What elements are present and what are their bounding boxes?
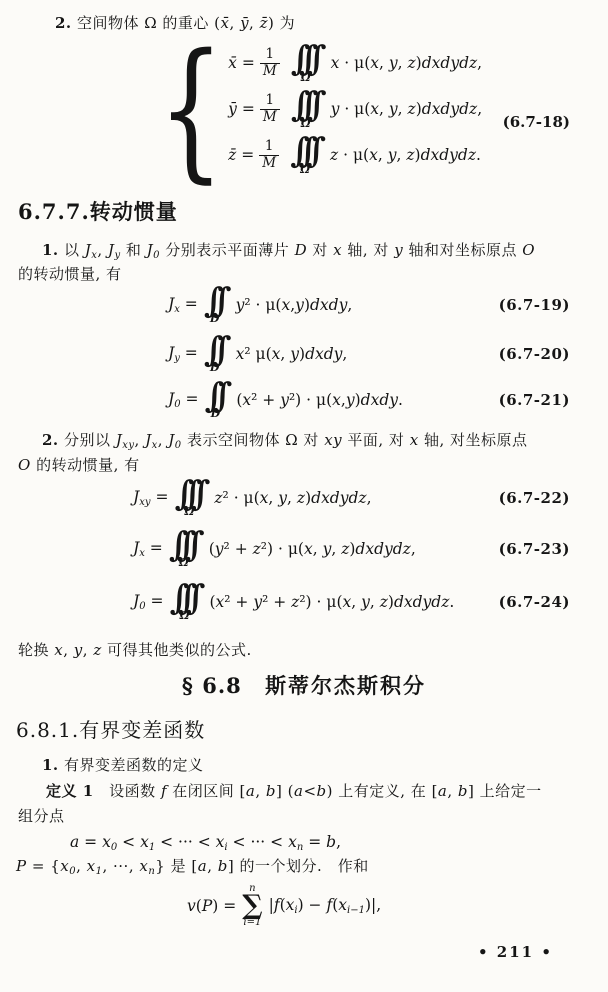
equation-tag: (6.7-20) [499, 345, 570, 363]
integral-domain: Ω [185, 506, 195, 517]
integral-domain: D [210, 362, 220, 373]
equation-6-7-19: Jx = ∫∫ D y² · μ(x,y)dxdy, (6.7-19) [0, 285, 570, 324]
paragraph-bv-definition-head: 1. 有界变差函数的定义 [42, 755, 203, 777]
integral-domain: D [211, 408, 221, 419]
triple-integral: ∫∫∫ Ω [290, 135, 326, 174]
integral-domain: Ω [179, 557, 189, 568]
equation-body: z² · μ(x, y, z)dxdydz, [214, 489, 371, 507]
equation-body: (x² + y² + z²) · μ(x, y, z)dxdydz. [209, 593, 454, 611]
sigma-glyph: ∑ [242, 894, 262, 918]
fraction-numerator: 1 [265, 139, 274, 155]
integral-domain: Ω [301, 118, 311, 129]
equation-6-7-20: Jy = ∫∫ D x² μ(x, y)dxdy, (6.7-20) [0, 334, 570, 373]
equation-xbar-lhs: x̄ = [228, 54, 255, 72]
equation-variation-sum: v(P) = n ∑ i=1 |f(xi) − f(xi−1)|, [0, 884, 570, 928]
integral-domain: Ω [300, 164, 310, 175]
fraction-numerator: 1 [265, 47, 274, 63]
system-brace: { [158, 34, 224, 185]
paragraph-inertia-plane-line1: 1. 以 Jx, Jy 和 J0 分别表示平面薄片 D 对 x 轴, 对 y 轴… [42, 240, 535, 264]
paragraph-partition-set: P = {x0, x1, ···, xn} 是 [a, b] 的一个划分. 作和 [16, 856, 369, 880]
fraction-1-over-M: 1 M [260, 47, 280, 79]
triple-integral: ∫∫∫ Ω [169, 529, 205, 568]
equation-ybar-lhs: ȳ = [228, 100, 255, 118]
fraction-denominator: M [260, 109, 280, 126]
section-title: 斯蒂尔杰斯积分 [265, 673, 426, 698]
paragraph-definition1-line2: 组分点 [18, 806, 65, 828]
equation-body: |f(xi) − f(xi−1)|, [269, 896, 382, 916]
equation-lhs: J0 = [168, 390, 199, 410]
double-integral: ∫∫ D [204, 334, 232, 373]
equation-tag: (6.7-19) [499, 296, 570, 314]
equation-lhs: v(P) = [187, 897, 236, 915]
equation-lhs: Jx = [168, 295, 198, 315]
double-integral: ∫∫ D [204, 285, 232, 324]
equation-6-7-22: Jxy = ∫∫∫ Ω z² · μ(x, y, z)dxdydz, (6.7-… [0, 478, 570, 517]
equation-ybar-body: y · μ(x, y, z)dxdydz, [331, 100, 483, 118]
page-number: • 211 • [478, 943, 553, 961]
summation-lower-limit: i=1 [243, 918, 261, 928]
section-heading-6-8-1: 6.8.1.有界变差函数 [16, 714, 205, 743]
section-heading-6-7-7: 6.7.7.转动惯量 [18, 196, 178, 226]
equation-tag: (6.7-21) [499, 391, 570, 409]
paragraph-inertia-space-line1: 2. 分别以 Jxy, Jx, J0 表示空间物体 Ω 对 xy 平面, 对 x… [42, 430, 527, 454]
triple-integral: ∫∫∫ Ω [291, 89, 327, 128]
fraction-1-over-M: 1 M [260, 93, 280, 125]
equation-body: (y² + z²) · μ(x, y, z)dxdydz, [209, 540, 416, 558]
double-integral: ∫∫ D [205, 380, 233, 419]
equation-xbar: x̄ = 1 M ∫∫∫ Ω x · μ(x, y, z)dxdydz, [228, 40, 482, 86]
system-lines: x̄ = 1 M ∫∫∫ Ω x · μ(x, y, z)dxdydz, ȳ =… [228, 40, 482, 178]
equation-zbar: z̄ = 1 M ∫∫∫ Ω z · μ(x, y, z)dxdydz. [228, 132, 482, 178]
fraction-1-over-M: 1 M [259, 139, 279, 171]
summation-symbol: n ∑ i=1 [242, 884, 262, 928]
equation-zbar-lhs: z̄ = [228, 146, 254, 164]
paragraph-inertia-plane-line2: 的转动惯量, 有 [18, 264, 122, 286]
equation-body: x² μ(x, y)dxdy, [236, 345, 348, 363]
equation-tag-6-7-18: (6.7-18) [503, 112, 570, 134]
equation-6-7-23: Jx = ∫∫∫ Ω (y² + z²) · μ(x, y, z)dxdydz,… [0, 529, 570, 568]
triple-integral: ∫∫∫ Ω [170, 582, 206, 621]
fraction-denominator: M [259, 155, 279, 172]
integral-domain: D [210, 313, 220, 324]
equation-body: (x² + y²) · μ(x,y)dxdy. [236, 391, 403, 409]
equation-partition-points: a = x0 < x1 < ··· < xi < ··· < xn = b, [70, 831, 341, 856]
section-heading-6-8: § 6.8 斯蒂尔杰斯积分 [0, 670, 608, 700]
equation-tag: (6.7-24) [499, 593, 570, 611]
equation-lhs: Jx = [133, 539, 163, 559]
equation-6-7-21: J0 = ∫∫ D (x² + y²) · μ(x,y)dxdy. (6.7-2… [0, 380, 570, 419]
book-page: 2. 空间物体 Ω 的重心 (x̄, ȳ, z̄) 为 { x̄ = 1 M ∫… [0, 0, 608, 992]
fraction-numerator: 1 [265, 93, 274, 109]
paragraph-cycle-note: 轮换 x, y, z 可得其他类似的公式. [18, 640, 252, 662]
equation-6-7-24: J0 = ∫∫∫ Ω (x² + y² + z²) · μ(x, y, z)dx… [0, 582, 570, 621]
paragraph-inertia-space-line2: O 的转动惯量, 有 [18, 455, 140, 477]
equation-lhs: J0 = [133, 592, 164, 612]
triple-integral: ∫∫∫ Ω [291, 43, 327, 82]
equation-ybar: ȳ = 1 M ∫∫∫ Ω y · μ(x, y, z)dxdydz, [228, 86, 482, 132]
equation-zbar-body: z · μ(x, y, z)dxdydz. [330, 146, 481, 164]
equation-tag: (6.7-23) [499, 540, 570, 558]
fraction-denominator: M [260, 63, 280, 80]
equation-lhs: Jxy = [133, 488, 168, 508]
equation-lhs: Jy = [168, 344, 198, 364]
paragraph-definition1-line1: 定义 1 设函数 f 在闭区间 [a, b] (a<b) 上有定义, 在 [a,… [46, 781, 542, 803]
integral-domain: Ω [301, 72, 311, 83]
equation-system-6-7-18: { x̄ = 1 M ∫∫∫ Ω x · μ(x, y, z)dxdydz, ȳ… [158, 40, 482, 178]
integral-domain: Ω [180, 610, 190, 621]
section-number: § 6.8 [182, 673, 242, 698]
triple-integral: ∫∫∫ Ω [174, 478, 210, 517]
equation-xbar-body: x · μ(x, y, z)dxdydz, [331, 54, 483, 72]
equation-tag: (6.7-22) [499, 489, 570, 507]
equation-body: y² · μ(x,y)dxdy, [236, 296, 353, 314]
